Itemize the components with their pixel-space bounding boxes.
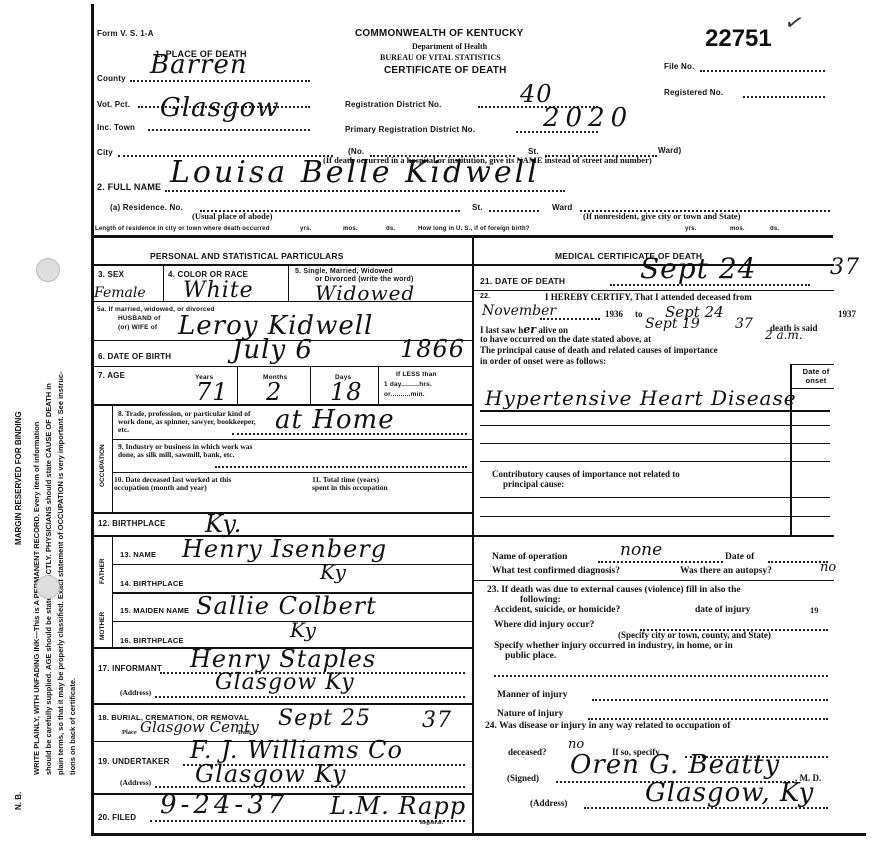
- personal-header: PERSONAL AND STATISTICAL PARTICULARS: [150, 251, 344, 261]
- inc-town-label: Inc. Town: [97, 123, 135, 132]
- mother-name-value: Sallie Colbert: [196, 592, 377, 620]
- burial-place-label: Place: [122, 729, 137, 736]
- yrs-label: yrs.: [685, 226, 696, 232]
- form-number: Form V. S. 1-A: [97, 29, 154, 38]
- mother-name-label: 15. MAIDEN NAME: [120, 606, 189, 615]
- where-injury-label: Where did injury occur?: [494, 620, 594, 630]
- operation-label: Name of operation: [492, 552, 567, 562]
- nature-of-injury-label: Nature of injury: [497, 709, 563, 719]
- injury-date-label: date of injury: [695, 605, 750, 615]
- last-saw-year: 37: [735, 316, 753, 332]
- to-year-value: 1937: [838, 309, 856, 319]
- occupation-side-label: OCCUPATION: [99, 444, 106, 487]
- mother-birthplace-value: Ky: [290, 618, 317, 642]
- contributory-causes-label: Contributory causes of importance not re…: [492, 469, 680, 479]
- days-value: 18: [330, 378, 363, 406]
- father-name-value: Henry Isenberg: [182, 535, 387, 563]
- father-side-label: FATHER: [99, 558, 106, 584]
- dob-label: 6. DATE OF BIRTH: [98, 352, 171, 361]
- form-border-left: [91, 4, 94, 836]
- injury-year-label: 19: [810, 605, 819, 615]
- spouse-label: (or) WIFE of: [118, 324, 157, 331]
- birthplace-label: 12. BIRTHPLACE: [98, 519, 166, 528]
- registrar-label: Registrar.: [420, 820, 443, 826]
- marital-label: 5. Single, Married, Widowed: [295, 268, 393, 275]
- informant-label: 17. INFORMANT: [98, 664, 162, 673]
- form-subheading: Department of Health: [412, 42, 487, 51]
- trade-value: at Home: [275, 405, 395, 435]
- total-time-label: 11. Total time (years) spent in this occ…: [312, 476, 397, 492]
- checkmark-icon: ✓: [782, 8, 807, 38]
- primary-district-label: Primary Registration District No.: [345, 125, 475, 134]
- less-than-label: If LESS than: [396, 371, 437, 378]
- file-no-label: File No.: [664, 62, 695, 71]
- principal-cause-text: The principal cause of death and related…: [480, 345, 718, 355]
- ds-label: ds.: [386, 226, 395, 232]
- industry-label: 9. Industry or business in which work wa…: [118, 443, 258, 459]
- certify-text: I HEREBY CERTIFY, That I attended deceas…: [545, 292, 752, 302]
- occurred-text: to have occurred on the date stated abov…: [480, 334, 651, 344]
- burial-year-value: 37: [422, 708, 452, 733]
- father-birthplace-value: Ky: [320, 560, 347, 584]
- margin-instruction-line: tions on back of certificate.: [68, 678, 77, 775]
- mother-side-label: MOTHER: [99, 612, 106, 640]
- burial-date-value: Sept 25: [278, 706, 371, 731]
- city-label: City: [97, 148, 113, 157]
- filed-value: 9-24-37: [160, 790, 288, 820]
- external-causes-label: 23. If death was due to external causes …: [487, 585, 741, 595]
- punch-hole: [36, 575, 60, 599]
- principal-cause-text: in order of onset were as follows:: [480, 356, 606, 366]
- registrar-signature: L.M. Rapp: [330, 792, 466, 820]
- operation-value: none: [620, 540, 662, 560]
- contributory-causes-label: principal cause:: [503, 479, 564, 489]
- residence-ward-label: Ward: [552, 203, 573, 212]
- to-label: to: [635, 309, 643, 319]
- autopsy-value: no: [820, 560, 836, 575]
- primary-district-value: 2020: [543, 103, 633, 133]
- form-heading: COMMONWEALTH OF KENTUCKY: [355, 28, 524, 39]
- undertaker-address-value: Glasgow Ky: [195, 760, 346, 788]
- test-confirmed-label: What test confirmed diagnosis?: [492, 566, 620, 576]
- informant-address-value: Glasgow Ky: [215, 670, 355, 695]
- external-causes-label: following:: [520, 595, 561, 605]
- undertaker-address-label: (Address): [120, 778, 151, 787]
- years-value: 71: [196, 378, 229, 406]
- trade-label: 8. Trade, profession, or particular kind…: [118, 410, 258, 434]
- margin-instruction-number: N. B.: [14, 792, 23, 810]
- where-injury-note: (Specify city or town, county, and State…: [618, 630, 771, 640]
- stamp-number: 22751: [705, 25, 772, 53]
- abode-note: (Usual place of abode): [192, 211, 273, 221]
- specify-injury-label: Specify whether injury occurred in indus…: [494, 641, 733, 651]
- city-ward-label: Ward): [658, 146, 681, 155]
- physician-address-label: (Address): [530, 798, 567, 808]
- manner-of-injury-label: Manner of injury: [497, 690, 568, 700]
- registration-district-label: Registration District No.: [345, 100, 442, 109]
- mother-birthplace-label: 16. BIRTHPLACE: [120, 636, 184, 645]
- operation-date-label: Date of: [725, 552, 754, 562]
- dob-year-value: 1866: [400, 335, 465, 363]
- sex-value: Female: [94, 285, 146, 301]
- from-year-value: 1936: [605, 309, 623, 319]
- registered-no-label: Registered No.: [664, 88, 723, 97]
- time-of-death-value: 2 a.m.: [765, 328, 803, 342]
- sex-label: 3. SEX: [98, 270, 124, 279]
- punch-hole: [36, 258, 60, 282]
- deceased-label: deceased?: [508, 747, 547, 757]
- vot-pct-label: Vot. Pct.: [97, 100, 130, 109]
- informant-address-label: (Address): [120, 688, 151, 697]
- age-label: 7. AGE: [98, 371, 125, 380]
- father-name-label: 13. NAME: [120, 550, 156, 559]
- ds-label: ds.: [770, 226, 779, 232]
- form-subheading: BUREAU OF VITAL STATISTICS: [380, 53, 501, 62]
- undertaker-label: 19. UNDERTAKER: [98, 757, 170, 766]
- date-of-death-year: 37: [830, 255, 860, 280]
- full-name-label: 2. FULL NAME: [97, 182, 161, 192]
- residence-st-label: St.: [472, 203, 483, 212]
- nonresident-note: (If nonresident, give city or town and S…: [583, 211, 740, 221]
- burial-date-label: Date: [238, 729, 251, 736]
- foreign-birth-label: How long in U. S., if of foreign birth?: [418, 226, 530, 232]
- physician-signature: Oren G. Beatty: [570, 750, 780, 780]
- mos-label: mos.: [730, 226, 745, 232]
- less-than-min: or..........min.: [384, 391, 425, 398]
- signed-label: (Signed): [507, 773, 539, 783]
- yrs-label: yrs.: [300, 226, 311, 232]
- accident-label: Accident, suicide, or homicide?: [494, 605, 620, 615]
- date-of-death-value: Sept 24: [640, 252, 756, 285]
- filed-label: 20. FILED: [98, 813, 136, 822]
- date-of-death-label: 21. DATE OF DEATH: [480, 276, 565, 286]
- father-birthplace-label: 14. BIRTHPLACE: [120, 579, 184, 588]
- physician-address-value: Glasgow, Ky: [645, 778, 814, 808]
- attended-from-value: November: [482, 303, 556, 319]
- length-of-residence-label: Length of residence in city or town wher…: [95, 226, 270, 232]
- margin-reserved-text: MARGIN RESERVED FOR BINDING: [14, 411, 23, 545]
- specify-injury-label: public place.: [505, 651, 556, 661]
- onset-label: Date of onset: [800, 367, 832, 385]
- occupation-related-label: 24. Was disease or injury in any way rel…: [485, 721, 730, 731]
- margin-instruction-line: plain terms, so that it may be properly …: [56, 371, 65, 775]
- cause-of-death-value: Hypertensive Heart Disease: [485, 386, 797, 410]
- county-label: County: [97, 74, 126, 83]
- less-than-hrs: 1 day.........hrs.: [384, 381, 432, 388]
- inc-town-value: Glasgow: [160, 93, 279, 123]
- dob-month-value: July 6: [232, 335, 313, 365]
- mos-label: mos.: [343, 226, 358, 232]
- form-title: CERTIFICATE OF DEATH: [384, 65, 507, 76]
- full-name-value: Louisa Belle Kidwell: [170, 155, 540, 190]
- margin-instruction-line: WRITE PLAINLY, WITH UNFADING INK—This is…: [32, 422, 41, 775]
- last-worked-label: 10. Date deceased last worked at this oc…: [114, 476, 264, 492]
- residence-label: (a) Residence. No.: [110, 203, 183, 212]
- form-border-bottom: [91, 833, 866, 836]
- color-value: White: [183, 278, 254, 303]
- months-value: 2: [266, 378, 282, 406]
- county-value: Barren: [150, 50, 248, 80]
- autopsy-label: Was there an autopsy?: [680, 566, 772, 576]
- spouse-label: HUSBAND of: [118, 315, 160, 322]
- birthplace-value: Ky.: [205, 510, 242, 538]
- last-saw-date: Sept 19: [645, 316, 700, 332]
- informant-value: Henry Staples: [190, 645, 376, 673]
- certify-number: 22.: [480, 293, 490, 300]
